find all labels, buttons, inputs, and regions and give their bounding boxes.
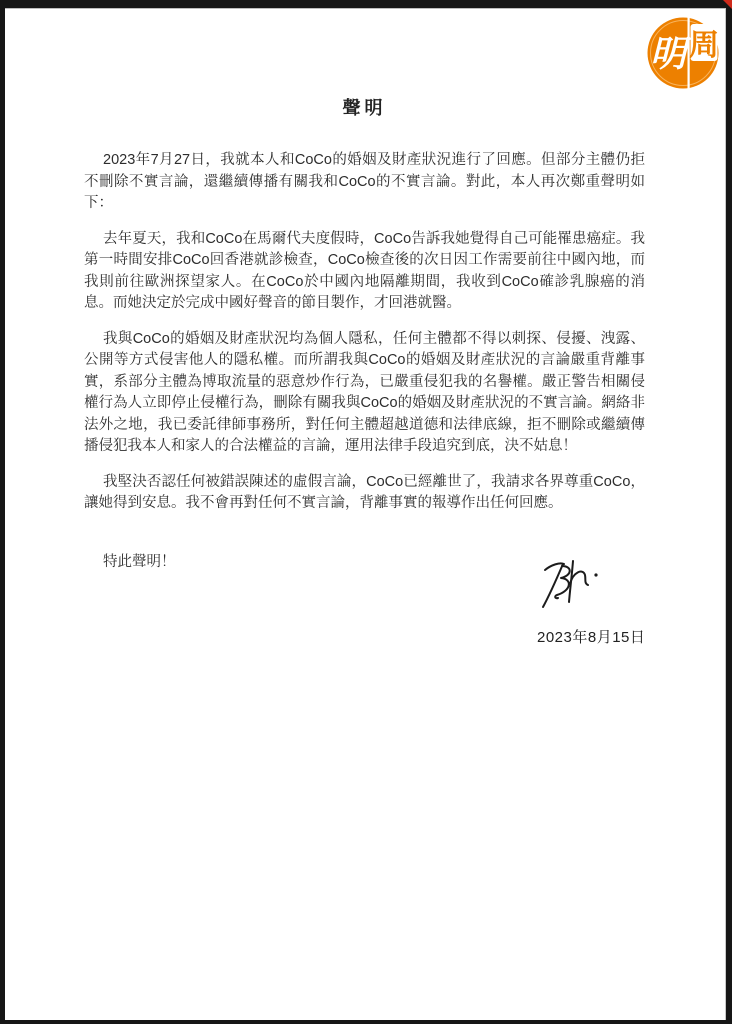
statement-photo: 明 周 聲明 2023年7月27日，我就本人和CoCo的婚姻及財產狀況進行了回應… [0, 0, 732, 1024]
signature-handwriting [538, 558, 602, 610]
statement-content: 聲明 2023年7月27日，我就本人和CoCo的婚姻及財產狀況進行了回應。但部分… [84, 9, 645, 573]
statement-paragraph-4: 我堅決否認任何被錯誤陳述的虛假言論，CoCo已經離世了，我請求各界尊重CoCo，… [84, 472, 645, 515]
signature-stroke [555, 566, 570, 598]
statement-paragraph-2: 去年夏天，我和CoCo在馬爾代夫度假時，CoCo告訴我她覺得自己可能罹患癌症。我… [84, 229, 645, 315]
signature-dot [594, 573, 597, 576]
red-corner-mark [723, 0, 732, 9]
statement-date: 2023年8月15日 [537, 626, 645, 647]
logo-char-ming: 明 [650, 33, 692, 74]
mingpao-logo-graphic: 明 周 [647, 13, 721, 97]
statement-page: 明 周 聲明 2023年7月27日，我就本人和CoCo的婚姻及財產狀況進行了回應… [5, 8, 726, 1020]
mingpao-weekly-logo: 明 周 [647, 13, 721, 97]
statement-paragraph-3: 我與CoCo的婚姻及財產狀況均為個人隱私，任何主體都不得以刺探、侵擾、洩露、公開… [84, 329, 645, 458]
statement-paragraph-1: 2023年7月27日，我就本人和CoCo的婚姻及財產狀況進行了回應。但部分主體仍… [84, 150, 645, 215]
statement-title: 聲明 [84, 98, 645, 119]
logo-char-zhou: 周 [689, 29, 719, 62]
